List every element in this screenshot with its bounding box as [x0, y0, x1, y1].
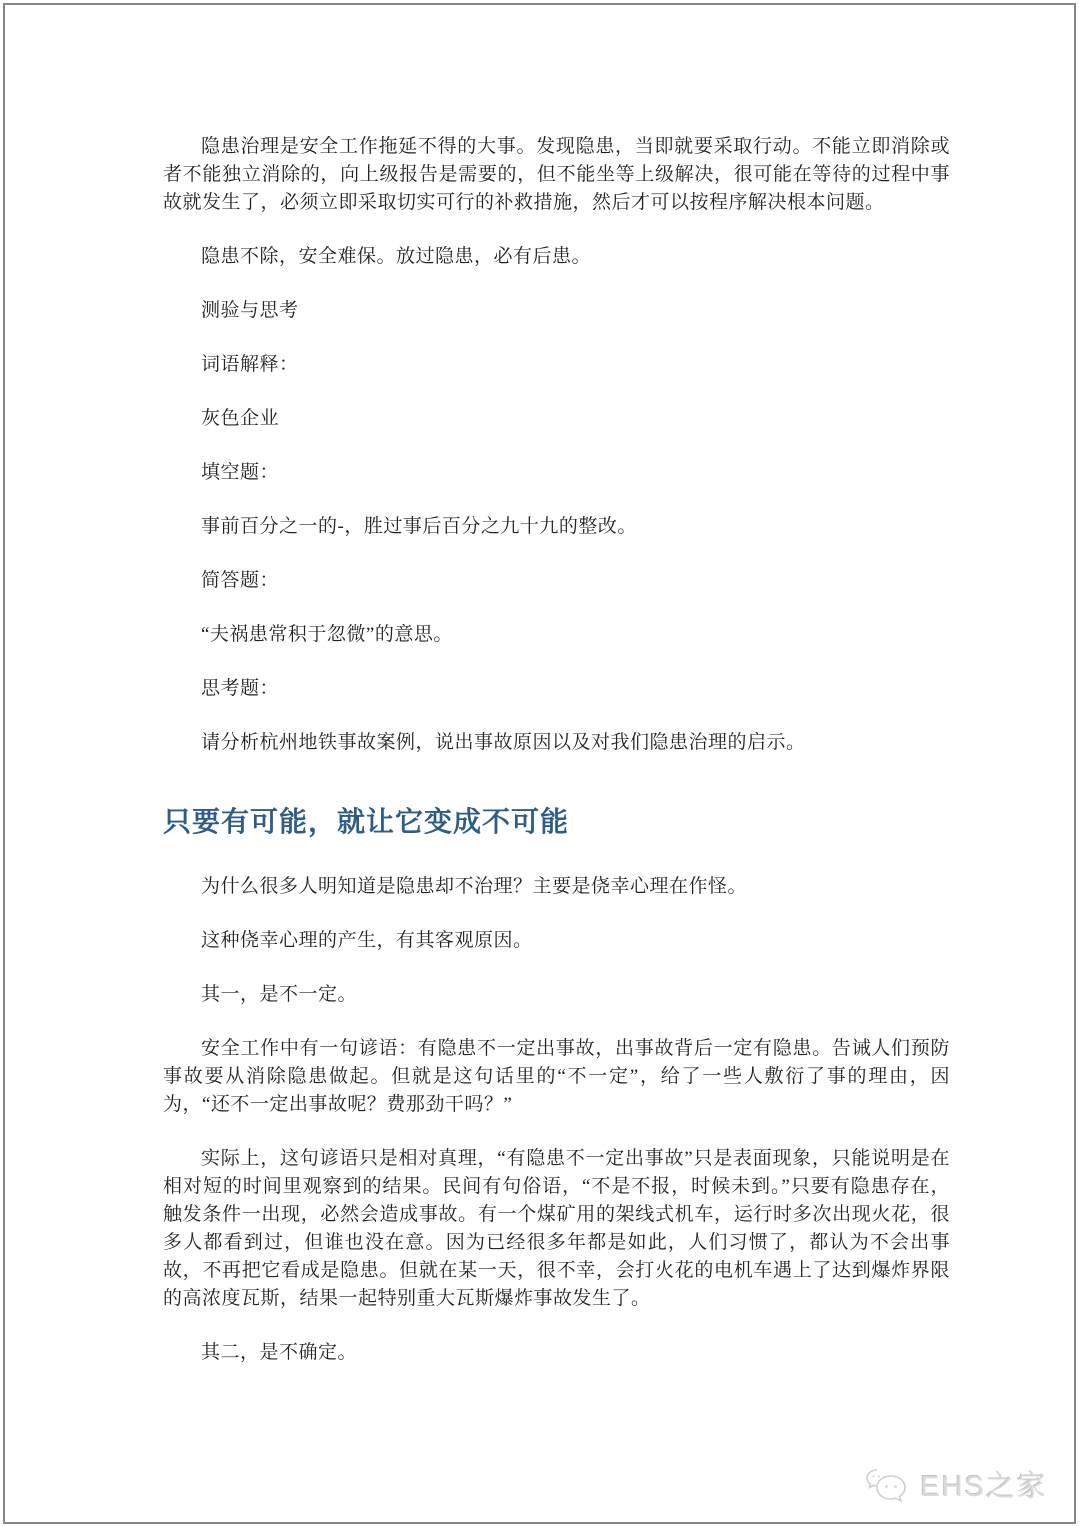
paragraph: 简答题：: [163, 567, 950, 595]
section-heading: 只要有可能，就让它变成不可能: [163, 803, 950, 841]
watermark-label: EHS之家: [920, 1464, 1048, 1505]
paragraph: 这种侥幸心理的产生，有其客观原因。: [163, 927, 950, 955]
paragraph: 安全工作中有一句谚语：有隐患不一定出事故，出事故背后一定有隐患。告诫人们预防事故…: [163, 1035, 950, 1119]
paragraph: “夫祸患常积于忽微”的意思。: [163, 621, 950, 649]
paragraph: 隐患治理是安全工作拖延不得的大事。发现隐患，当即就要采取行动。不能立即消除或者不…: [163, 133, 950, 217]
paragraph: 为什么很多人明知道是隐患却不治理？主要是侥幸心理在作怪。: [163, 873, 950, 901]
paragraph: 思考题：: [163, 675, 950, 703]
wechat-icon: [864, 1466, 910, 1504]
paragraph: 灰色企业: [163, 405, 950, 433]
document-content: 隐患治理是安全工作拖延不得的大事。发现隐患，当即就要采取行动。不能立即消除或者不…: [163, 133, 950, 1393]
paragraph: 词语解释：: [163, 351, 950, 379]
paragraph: 其二，是不确定。: [163, 1339, 950, 1367]
paragraph: 实际上，这句谚语只是相对真理，“有隐患不一定出事故”只是表面现象，只能说明是在相…: [163, 1145, 950, 1313]
paragraph: 事前百分之一的-，胜过事后百分之九十九的整改。: [163, 513, 950, 541]
paragraph: 测验与思考: [163, 297, 950, 325]
paragraph: 请分析杭州地铁事故案例，说出事故原因以及对我们隐患治理的启示。: [163, 729, 950, 757]
paragraph: 其一，是不一定。: [163, 981, 950, 1009]
watermark: EHS之家: [864, 1464, 1048, 1505]
paragraph: 填空题：: [163, 459, 950, 487]
paragraph: 隐患不除，安全难保。放过隐患，必有后患。: [163, 243, 950, 271]
